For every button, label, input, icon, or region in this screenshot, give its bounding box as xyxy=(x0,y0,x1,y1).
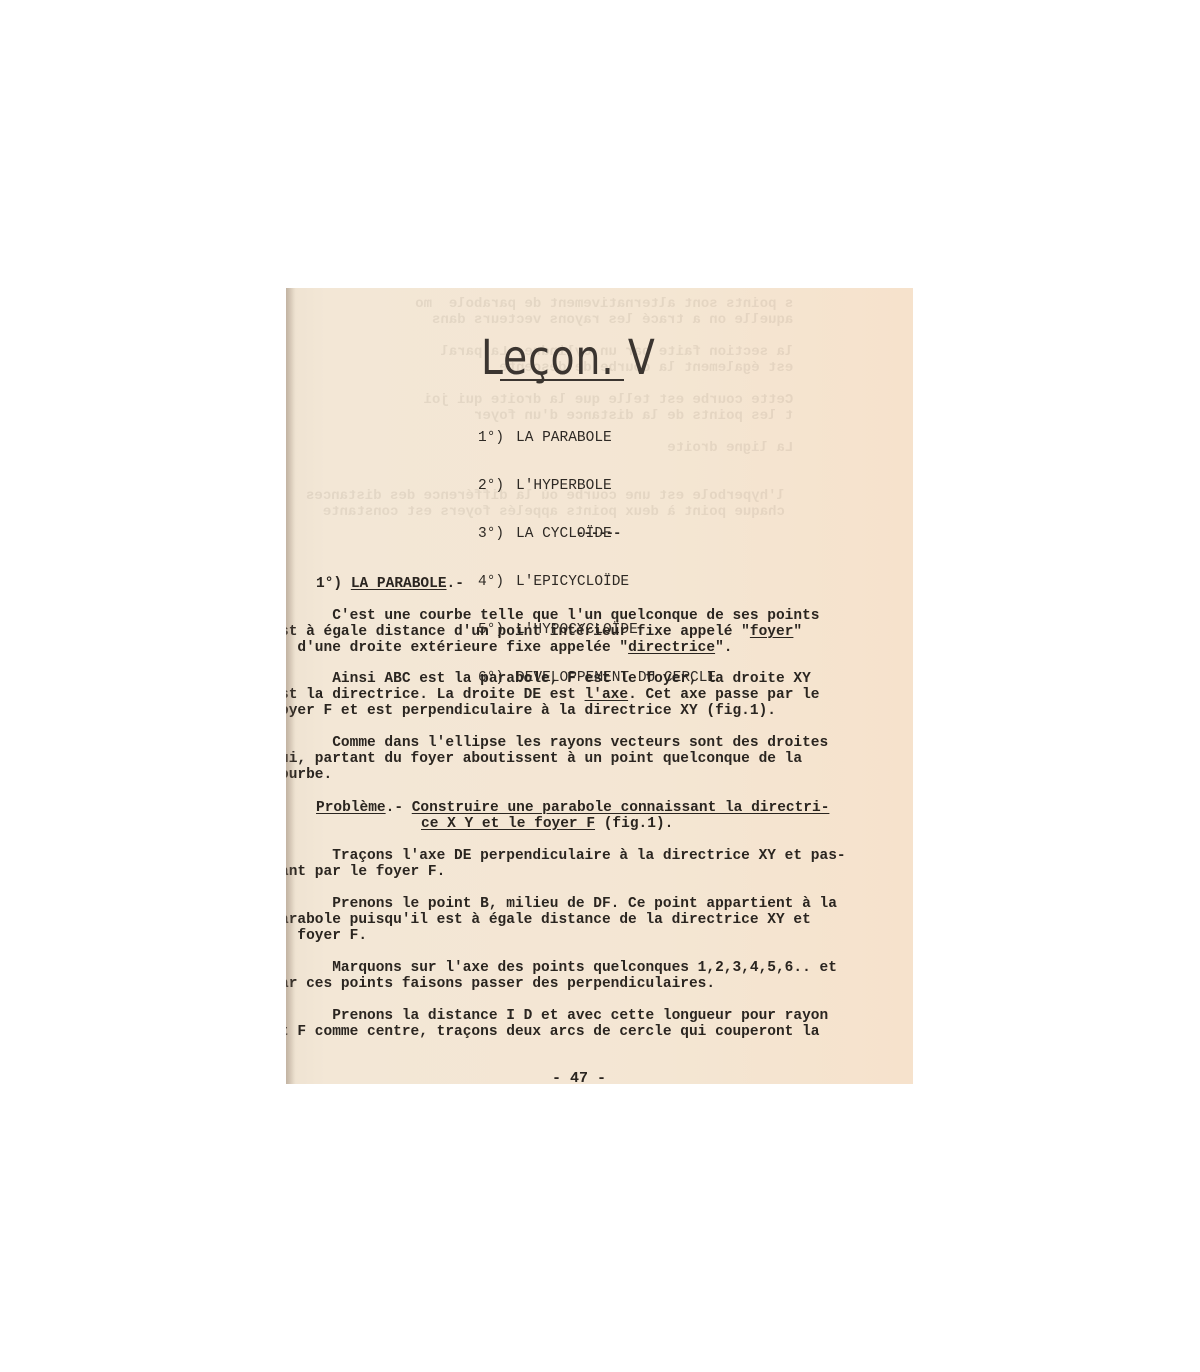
paragraph-definition: C'est une courbe telle que l'un quelconq… xyxy=(286,608,820,656)
toc-item: 2°)L'HYPERBOLE xyxy=(478,478,716,494)
paragraph-comme: Comme dans l'ellipse les rayons vecteurs… xyxy=(286,735,828,783)
paragraph-prenons-distance: Prenons la distance I D et avec cette lo… xyxy=(286,1008,828,1040)
toc-item: 4°)L'EPICYCLOÏDE xyxy=(478,574,716,590)
section-heading: 1°) LA PARABOLE.- xyxy=(316,576,464,592)
paragraph-marquons: Marquons sur l'axe des points quelconque… xyxy=(286,960,837,992)
paragraph-ainsi: Ainsi ABC est la parabole, F est le foye… xyxy=(286,671,820,719)
toc-item: 1°)LA PARABOLE xyxy=(478,430,716,446)
section-separator: ------ xyxy=(576,526,620,542)
table-of-contents: 1°)LA PARABOLE 2°)L'HYPERBOLE 3°)LA CYCL… xyxy=(478,398,716,718)
paragraph-tracons: Traçons l'axe DE perpendiculaire à la di… xyxy=(286,848,846,880)
page-title: Leçon. V xyxy=(481,330,656,386)
scanned-page: s points sont alternativement de parabol… xyxy=(286,288,913,1084)
page-number: - 47 - xyxy=(552,1070,606,1084)
title-underline xyxy=(500,379,624,381)
problem-statement: Problème.- Construire une parabole conna… xyxy=(316,800,829,832)
paragraph-prenons-b: Prenons le point B, milieu de DF. Ce poi… xyxy=(286,896,837,944)
